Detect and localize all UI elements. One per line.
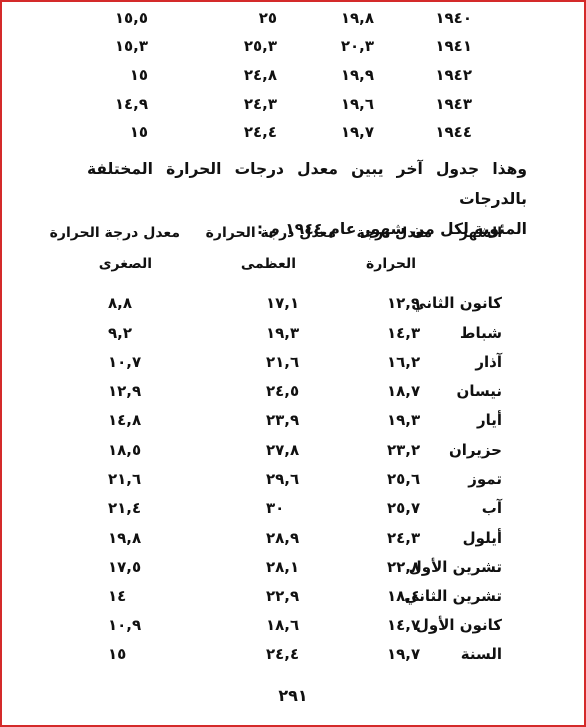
avg-cell: ١٩,٧	[387, 645, 420, 663]
year-cell: ١٩٤٣	[435, 95, 472, 113]
min-cell: ١٤,٨	[108, 411, 141, 429]
month-cell: كانون الثاني	[411, 294, 502, 312]
month-cell: شباط	[460, 324, 502, 342]
avg-cell: ١٨,٧	[387, 382, 420, 400]
month-cell: آذار	[475, 353, 502, 371]
min-cell: ١٨,٥	[108, 441, 141, 459]
max-cell: ٢٩,٦	[266, 470, 299, 488]
min-cell: ١٥,٣	[115, 37, 148, 55]
avg-cell: ١٨,٤	[387, 587, 420, 605]
max-cell: ٢٤,٨	[244, 66, 277, 84]
min-cell: ١٢,٩	[108, 382, 141, 400]
month-cell: تموز	[468, 470, 502, 488]
month-cell: تشرين الأول	[409, 558, 502, 576]
min-cell: ١٥	[130, 123, 148, 141]
min-cell: ١٠,٩	[108, 616, 141, 634]
max-cell: ٢٤,٤	[266, 645, 299, 663]
document-page: ١٩٤٠ ١٩,٨ ٢٥ ١٥,٥ ١٩٤١ ٢٠,٣ ٢٥,٣ ١٥,٣ ١٩…	[0, 0, 586, 727]
avg-cell: ٢٢,٨	[387, 558, 420, 576]
avg-cell: ١٩,٦	[341, 95, 374, 113]
avg-cell: ١٩,٧	[341, 123, 374, 141]
header-min-line2: الصغرى	[99, 256, 152, 272]
min-cell: ٢١,٤	[108, 499, 141, 517]
max-cell: ٢٥,٣	[244, 37, 277, 55]
max-cell: ٢٥	[259, 9, 277, 27]
header-avg: معدل درجة	[356, 225, 432, 241]
min-cell: ١٥,٥	[115, 9, 148, 27]
min-cell: ١٤,٩	[115, 95, 148, 113]
max-cell: ٢٢,٩	[266, 587, 299, 605]
year-cell: ١٩٤١	[435, 37, 472, 55]
min-cell: ١٤	[108, 587, 126, 605]
min-cell: ٢١,٦	[108, 470, 141, 488]
header-min: معدل درجة الحرارة	[50, 225, 180, 241]
avg-cell: ٢٣,٢	[387, 441, 420, 459]
avg-cell: ١٩,٩	[341, 66, 374, 84]
min-cell: ١٠,٧	[108, 353, 141, 371]
avg-cell: ٢٥,٧	[387, 499, 420, 517]
header-month: الشهر	[460, 225, 502, 241]
avg-cell: ١٩,٨	[341, 9, 374, 27]
min-cell: ١٥	[130, 66, 148, 84]
year-cell: ١٩٤٤	[435, 123, 472, 141]
header-max: معدل درجة الحرارة	[206, 225, 336, 241]
header-max-line2: العظمى	[241, 256, 296, 272]
avg-cell: ١٢,٩	[387, 294, 420, 312]
avg-cell: ١٩,٣	[387, 411, 420, 429]
max-cell: ٢٤,٥	[266, 382, 299, 400]
max-cell: ٢٤,٤	[244, 123, 277, 141]
max-cell: ٢٧,٨	[266, 441, 299, 459]
year-cell: ١٩٤٢	[435, 66, 472, 84]
year-cell: ١٩٤٠	[435, 9, 472, 27]
min-cell: ١٧,٥	[108, 558, 141, 576]
max-cell: ١٧,١	[266, 294, 299, 312]
max-cell: ٢١,٦	[266, 353, 299, 371]
month-cell: السنة	[461, 645, 502, 663]
max-cell: ٢٤,٣	[244, 95, 277, 113]
paragraph-line-1: وهذا جدول آخر يبين معدل درجات الحرارة ال…	[87, 154, 527, 214]
avg-cell: ٢٤,٣	[387, 529, 420, 547]
avg-cell: ٢٠,٣	[341, 37, 374, 55]
month-cell: أيار	[477, 411, 502, 429]
header-avg-line2: الحرارة	[366, 256, 416, 272]
max-cell: ٢٨,١	[266, 558, 299, 576]
month-cell: نيسان	[457, 382, 502, 400]
avg-cell: ١٦,٢	[387, 353, 420, 371]
page-number: ٢٩١	[2, 686, 584, 705]
max-cell: ٢٨,٩	[266, 529, 299, 547]
max-cell: ٢٣,٩	[266, 411, 299, 429]
min-cell: ٨,٨	[108, 294, 132, 312]
avg-cell: ١٤,٧	[387, 616, 420, 634]
max-cell: ٣٠	[266, 499, 284, 517]
min-cell: ٩,٢	[108, 324, 132, 342]
min-cell: ١٥	[108, 645, 126, 663]
month-cell: آب	[482, 499, 502, 517]
month-cell: كانون الأول	[416, 616, 502, 634]
max-cell: ١٨,٦	[266, 616, 299, 634]
avg-cell: ٢٥,٦	[387, 470, 420, 488]
avg-cell: ١٤,٣	[387, 324, 420, 342]
max-cell: ١٩,٣	[266, 324, 299, 342]
month-cell: حزيران	[449, 441, 502, 459]
min-cell: ١٩,٨	[108, 529, 141, 547]
month-cell: أيلول	[463, 529, 502, 547]
